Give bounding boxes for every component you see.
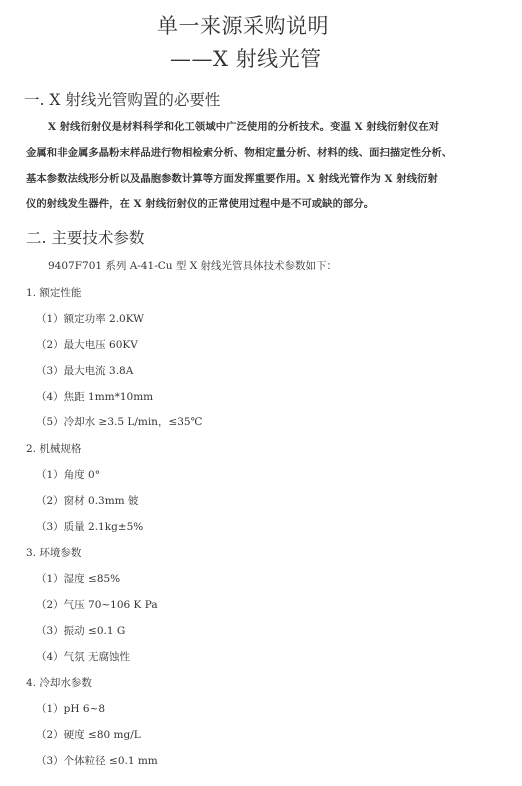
spec-item: （3）振动 ≤0.1 G (36, 623, 125, 638)
document-title: 单一来源采购说明 (157, 10, 329, 40)
paragraph-line: 金属和非金属多晶粉末样品进行物相检索分析、物相定量分析、材料的线、面扫描定性分析… (26, 144, 452, 159)
paragraph-line: 基本参数法线形分析以及晶胞参数计算等方面发挥重要作用。X 射线光管作为 X 射线… (26, 170, 438, 185)
spec-item: （1）额定功率 2.0KW (36, 311, 144, 326)
group-title-cooling-water: 4. 冷却水参数 (26, 675, 92, 690)
spec-item: （2）最大电压 60KV (36, 337, 138, 352)
paragraph-line: X 射线衍射仪是材料科学和化工领域中广泛使用的分析技术。变温 X 射线衍射仪在对 (48, 118, 439, 133)
spec-item: （1）角度 0° (36, 467, 100, 482)
spec-item: （1）pH 6~8 (36, 701, 105, 716)
group-title-environment: 3. 环境参数 (26, 545, 81, 560)
spec-item: （3）个体粒径 ≤0.1 mm (36, 753, 158, 768)
spec-item: （1）湿度 ≤85% (36, 571, 120, 586)
paragraph-line: 仪的射线发生器件，在 X 射线衍射仪的正常使用过程中是不可或缺的部分。 (26, 195, 374, 210)
document-subtitle: ——X 射线光管 (170, 43, 322, 73)
spec-item: （4）气氛 无腐蚀性 (36, 649, 130, 664)
section-1-heading: 一. X 射线光管购置的必要性 (24, 88, 220, 110)
group-title-rated-performance: 1. 额定性能 (26, 285, 81, 300)
spec-item: （5）冷却水 ≥3.5 L/min，≤35℃ (36, 414, 202, 429)
spec-item: （3）最大电流 3.8A (36, 363, 133, 378)
spec-item: （3）质量 2.1kg±5% (36, 519, 143, 534)
spec-item: （2）气压 70~106 K Pa (36, 597, 158, 612)
spec-item: （2）窗材 0.3mm 铍 (36, 493, 138, 508)
spec-item: （2）硬度 ≤80 mg/L (36, 727, 141, 742)
section-2-intro: 9407F701 系列 A-41-Cu 型 X 射线光管具体技术参数如下： (48, 258, 337, 273)
group-title-mechanical: 2. 机械规格 (26, 441, 81, 456)
section-2-heading: 二. 主要技术参数 (26, 226, 144, 248)
spec-item: （4）焦距 1mm*10mm (36, 389, 153, 404)
